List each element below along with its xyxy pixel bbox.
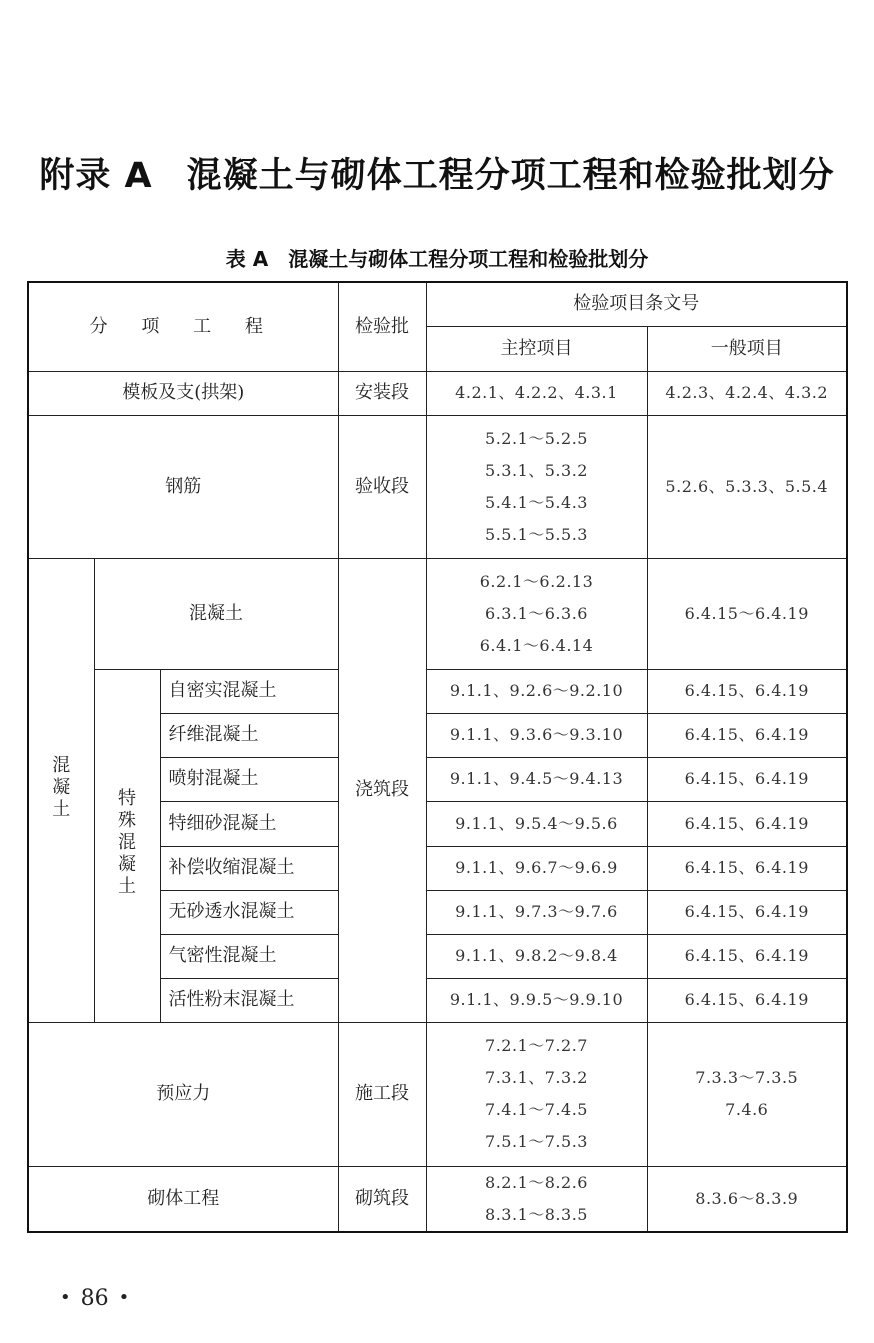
table-caption: 表 A混凝土与砌体工程分项工程和检验批划分 [0,243,874,272]
inspection-lot: 安装段 [338,371,426,415]
header-sub-project: 分 项 工 程 [28,282,338,371]
appendix-label: 附录 A [39,156,152,196]
inspection-lot: 验收段 [338,415,426,558]
main-control-clauses: 9.1.1、9.5.4～9.5.6 [426,801,647,846]
main-control-clauses: 9.1.1、9.2.6～9.2.10 [426,669,647,713]
table-row-prestress: 预应力 施工段 7.2.1～7.2.7 7.3.1、7.3.2 7.4.1～7.… [28,1022,847,1166]
table-row-formwork: 模板及支(拱架) 安装段 4.2.1、4.2.2、4.3.1 4.2.3、4.2… [28,371,847,415]
sub-project-name: 模板及支(拱架) [28,371,338,415]
table-row-special-concrete: 特殊混凝土 自密实混凝土 9.1.1、9.2.6～9.2.10 6.4.15、6… [28,669,847,713]
bullet-icon: • [50,1287,81,1308]
sub-project-name: 纤维混凝土 [160,713,338,757]
sub-project-name: 自密实混凝土 [160,669,338,713]
table-row-rebar: 钢筋 验收段 5.2.1～5.2.5 5.3.1、5.3.2 5.4.1～5.4… [28,415,847,558]
table-label: 表 A [226,247,268,271]
main-control-clauses: 9.1.1、9.9.5～9.9.10 [426,978,647,1022]
main-control-clauses: 9.1.1、9.7.3～9.7.6 [426,890,647,934]
main-control-clauses: 7.2.1～7.2.7 7.3.1、7.3.2 7.4.1～7.4.5 7.5.… [426,1022,647,1166]
general-clauses: 7.3.3～7.3.5 7.4.6 [647,1022,847,1166]
concrete-group-label: 混凝土 [28,558,94,1022]
header-inspection-lot: 检验批 [338,282,426,371]
general-clauses: 6.4.15、6.4.19 [647,934,847,978]
sub-project-name: 喷射混凝土 [160,757,338,801]
sub-project-name: 补偿收缩混凝土 [160,846,338,890]
sub-project-name: 钢筋 [28,415,338,558]
header-row: 分 项 工 程 检验批 检验项目条文号 [28,282,847,326]
table-caption-text: 混凝土与砌体工程分项工程和检验批划分 [288,247,648,271]
general-clauses: 6.4.15、6.4.19 [647,801,847,846]
sub-project-name: 特细砂混凝土 [160,801,338,846]
general-clauses: 6.4.15、6.4.19 [647,757,847,801]
general-clauses: 6.4.15～6.4.19 [647,558,847,669]
sub-project-name: 混凝土 [94,558,338,669]
general-clauses: 5.2.6、5.3.3、5.5.4 [647,415,847,558]
main-control-clauses: 8.2.1～8.2.6 8.3.1～8.3.5 [426,1166,647,1232]
table-row-concrete: 混凝土 混凝土 浇筑段 6.2.1～6.2.13 6.3.1～6.3.6 6.4… [28,558,847,669]
main-control-clauses: 5.2.1～5.2.5 5.3.1、5.3.2 5.4.1～5.4.3 5.5.… [426,415,647,558]
page-number: •86• [50,1286,139,1311]
sub-project-name: 气密性混凝土 [160,934,338,978]
bullet-icon: • [109,1287,140,1308]
general-clauses: 6.4.15、6.4.19 [647,890,847,934]
main-control-clauses: 9.1.1、9.8.2～9.8.4 [426,934,647,978]
general-clauses: 6.4.15、6.4.19 [647,669,847,713]
table-row-masonry: 砌体工程 砌筑段 8.2.1～8.2.6 8.3.1～8.3.5 8.3.6～8… [28,1166,847,1232]
inspection-lot: 砌筑段 [338,1166,426,1232]
appendix-title: 附录 A混凝土与砌体工程分项工程和检验批划分 [0,148,874,198]
main-control-clauses: 4.2.1、4.2.2、4.3.1 [426,371,647,415]
inspection-lot: 施工段 [338,1022,426,1166]
sub-project-name: 无砂透水混凝土 [160,890,338,934]
main-control-clauses: 9.1.1、9.4.5～9.4.13 [426,757,647,801]
sub-project-name: 砌体工程 [28,1166,338,1232]
sub-project-name: 活性粉末混凝土 [160,978,338,1022]
general-clauses: 8.3.6～8.3.9 [647,1166,847,1232]
general-clauses: 4.2.3、4.2.4、4.3.2 [647,371,847,415]
special-concrete-label: 特殊混凝土 [94,669,160,1022]
general-clauses: 6.4.15、6.4.19 [647,713,847,757]
main-control-clauses: 9.1.1、9.6.7～9.6.9 [426,846,647,890]
header-clause-group: 检验项目条文号 [426,282,847,326]
general-clauses: 6.4.15、6.4.19 [647,846,847,890]
main-control-clauses: 9.1.1、9.3.6～9.3.10 [426,713,647,757]
main-control-clauses: 6.2.1～6.2.13 6.3.1～6.3.6 6.4.1～6.4.14 [426,558,647,669]
header-main-control: 主控项目 [426,326,647,371]
general-clauses: 6.4.15、6.4.19 [647,978,847,1022]
appendix-title-text: 混凝土与砌体工程分项工程和检验批划分 [187,156,835,196]
header-general: 一般项目 [647,326,847,371]
page-number-text: 86 [81,1286,109,1311]
sub-project-name: 预应力 [28,1022,338,1166]
division-table: 分 项 工 程 检验批 检验项目条文号 主控项目 一般项目 模板及支(拱架) 安… [27,281,848,1233]
inspection-lot-pouring: 浇筑段 [338,558,426,1022]
